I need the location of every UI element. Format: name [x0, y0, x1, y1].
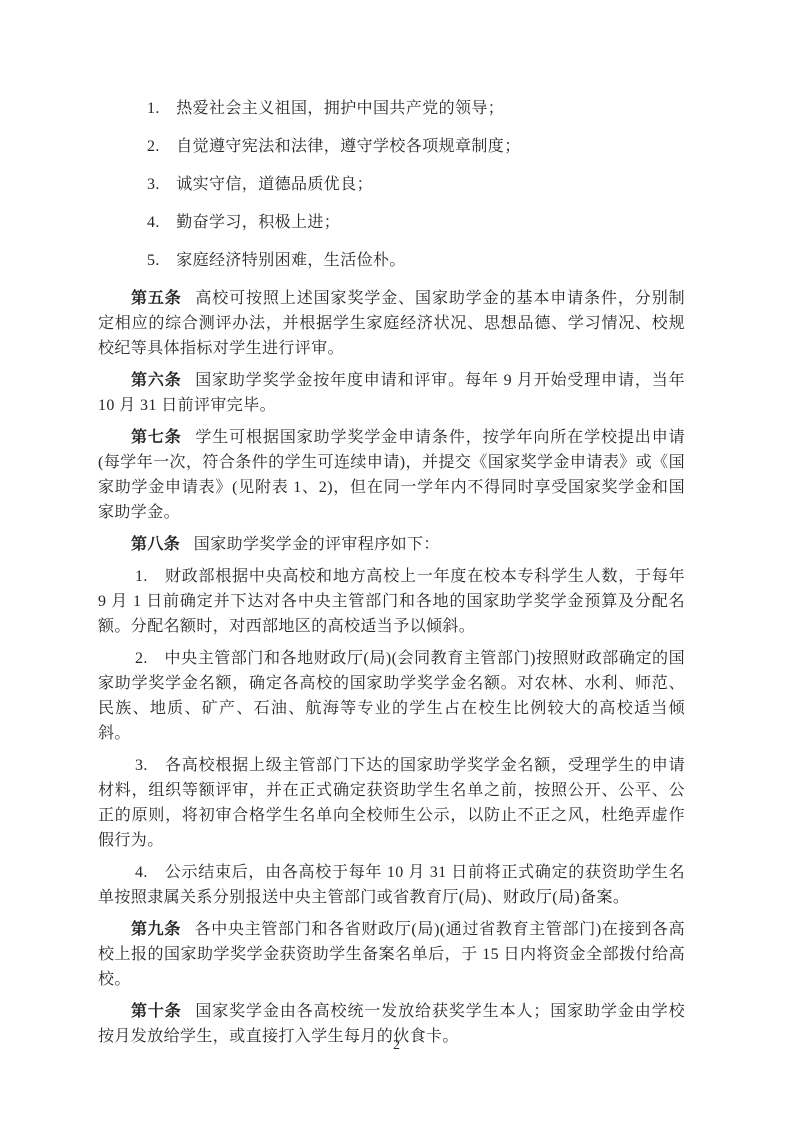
article-8-label: 第八条 [131, 536, 180, 553]
article-10-label: 第十条 [131, 1003, 182, 1020]
article-5-text: 高校可按照上述国家奖学金、国家助学金的基本申请条件，分别制定相应的综合测评办法，… [98, 290, 685, 357]
article-6-paragraph: 第六条国家助学奖学金按年度申请和评审。每年 9 月开始受理申请，当年 10 月 … [98, 368, 685, 418]
procedure-item-4: 4. 公示结束后，由各高校于每年 10 月 31 日前将正式确定的获资助学生名单… [98, 860, 685, 910]
condition-item-3: 3. 诚实守信，道德品质优良； [98, 172, 685, 197]
page-number: 2 [0, 1036, 793, 1056]
procedure-item-1: 1. 财政部根据中央高校和地方高校上一年度在校本专科学生人数，于每年 9 月 1… [98, 564, 685, 639]
document-body: 1. 热爱社会主义祖国，拥护中国共产党的领导； 2. 自觉遵守宪法和法律，遵守学… [98, 96, 685, 1056]
condition-item-5: 5. 家庭经济特别困难，生活俭朴。 [98, 248, 685, 273]
condition-item-4: 4. 勤奋学习，积极上进； [98, 210, 685, 235]
article-7-paragraph: 第七条学生可根据国家助学奖学金申请条件，按学年向所在学校提出申请(每学年一次，符… [98, 425, 685, 525]
condition-item-1: 1. 热爱社会主义祖国，拥护中国共产党的领导； [98, 96, 685, 121]
article-5-label: 第五条 [131, 290, 182, 307]
procedure-item-3: 3. 各高校根据上级主管部门下达的国家助学奖学金名额，受理学生的申请材料，组织等… [98, 753, 685, 853]
condition-item-2: 2. 自觉遵守宪法和法律，遵守学校各项规章制度； [98, 134, 685, 159]
article-9-text: 各中央主管部门和各省财政厅(局)(通过省教育主管部门)在接到各高校上报的国家助学… [98, 921, 685, 988]
article-9-label: 第九条 [131, 921, 181, 938]
article-7-text: 学生可根据国家助学奖学金申请条件，按学年向所在学校提出申请(每学年一次，符合条件… [98, 429, 685, 521]
article-8-text: 国家助学奖学金的评审程序如下： [194, 536, 440, 553]
procedure-item-2: 2. 中央主管部门和各地财政厅(局)(会同教育主管部门)按照财政部确定的国家助学… [98, 646, 685, 746]
article-9-paragraph: 第九条各中央主管部门和各省财政厅(局)(通过省教育主管部门)在接到各高校上报的国… [98, 917, 685, 992]
article-7-label: 第七条 [131, 429, 182, 446]
article-6-text: 国家助学奖学金按年度申请和评审。每年 9 月开始受理申请，当年 10 月 31 … [98, 372, 685, 414]
article-5-paragraph: 第五条高校可按照上述国家奖学金、国家助学金的基本申请条件，分别制定相应的综合测评… [98, 286, 685, 361]
article-8-paragraph: 第八条国家助学奖学金的评审程序如下： [98, 532, 685, 557]
article-6-label: 第六条 [131, 372, 182, 389]
